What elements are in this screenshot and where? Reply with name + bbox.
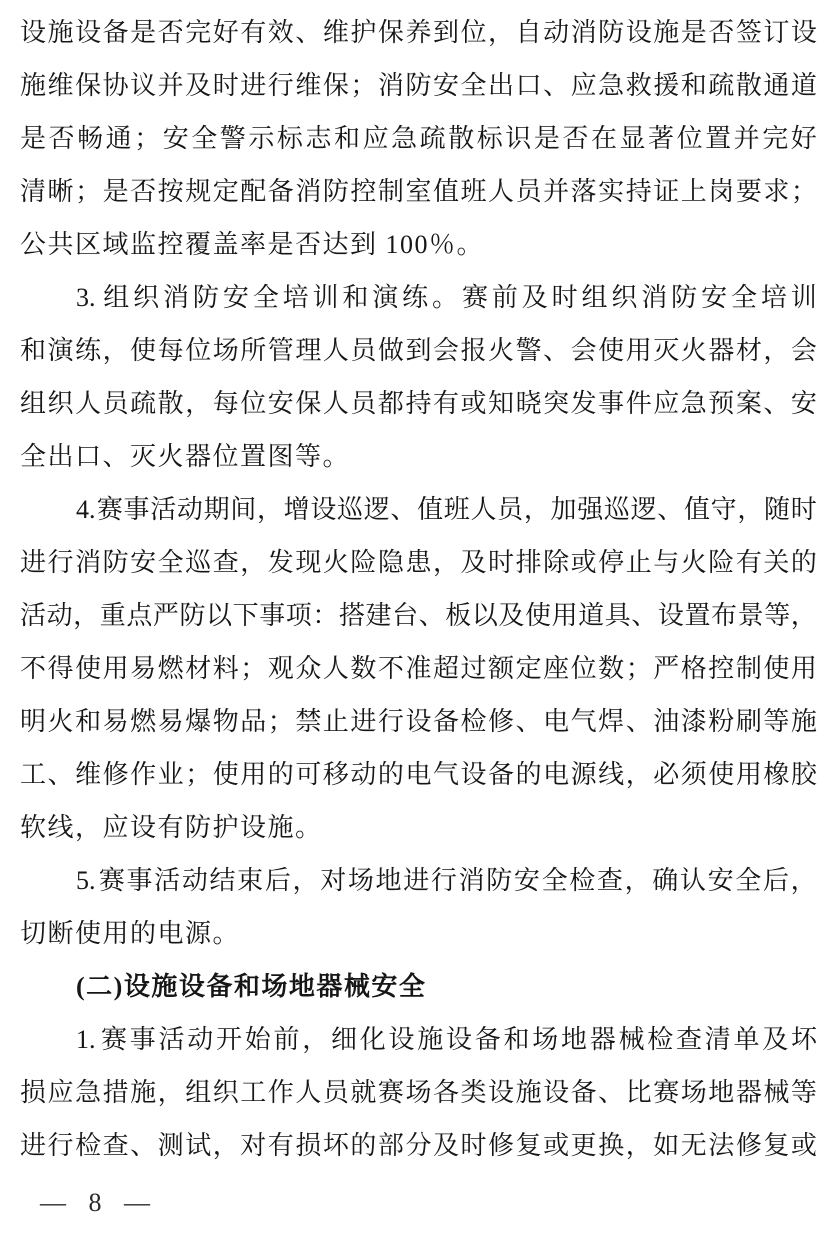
text-line: 1. 赛事活动开始前，细化设施设备和场地器械检查清单及坏 (20, 1013, 817, 1066)
document-page: 设施设备是否完好有效、维护保养到位，自动消防设施是否签订设施维保协议并及时进行维… (0, 0, 833, 1236)
page-footer: — 8 — (40, 1188, 152, 1218)
text-line: 软线，应设有防护设施。 (20, 801, 817, 854)
section-heading: (二)设施设备和场地器械安全 (20, 960, 817, 1013)
text-line: 不得使用易燃材料；观众人数不准超过额定座位数；严格控制使用 (20, 642, 817, 695)
text-line: 全出口、灭火器位置图等。 (20, 430, 817, 483)
text-line: 进行消防安全巡查，发现火险隐患，及时排除或停止与火险有关的 (20, 536, 817, 589)
text-line: 切断使用的电源。 (20, 907, 817, 960)
page-number: — 8 — (40, 1188, 152, 1217)
text-line: 3. 组织消防安全培训和演练。赛前及时组织消防安全培训 (20, 271, 817, 324)
text-line: 进行检查、测试，对有损坏的部分及时修复或更换，如无法修复或 (20, 1119, 817, 1172)
text-line: 清晰；是否按规定配备消防控制室值班人员并落实持证上岗要求； (20, 165, 817, 218)
text-line: 组织人员疏散，每位安保人员都持有或知晓突发事件应急预案、安 (20, 377, 817, 430)
text-line: 是否畅通；安全警示标志和应急疏散标识是否在显著位置并完好 (20, 112, 817, 165)
text-line: 4. 赛事活动期间，增设巡逻、值班人员，加强巡逻、值守，随时 (20, 483, 817, 536)
text-line: 和演练，使每位场所管理人员做到会报火警、会使用灭火器材，会 (20, 324, 817, 377)
text-line: 5. 赛事活动结束后，对场地进行消防安全检查，确认安全后， (20, 854, 817, 907)
text-line: 损应急措施，组织工作人员就赛场各类设施设备、比赛场地器械等 (20, 1066, 817, 1119)
text-line: 公共区域监控覆盖率是否达到 100％。 (20, 218, 817, 271)
text-line: 施维保协议并及时进行维保；消防安全出口、应急救援和疏散通道 (20, 59, 817, 112)
text-line: 工、维修作业；使用的可移动的电气设备的电源线，必须使用橡胶 (20, 748, 817, 801)
text-line: 明火和易燃易爆物品；禁止进行设备检修、电气焊、油漆粉刷等施 (20, 695, 817, 748)
document-body: 设施设备是否完好有效、维护保养到位，自动消防设施是否签订设施维保协议并及时进行维… (20, 6, 817, 1172)
text-line: 设施设备是否完好有效、维护保养到位，自动消防设施是否签订设 (20, 6, 817, 59)
text-line: 活动，重点严防以下事项：搭建台、板以及使用道具、设置布景等， (20, 589, 817, 642)
